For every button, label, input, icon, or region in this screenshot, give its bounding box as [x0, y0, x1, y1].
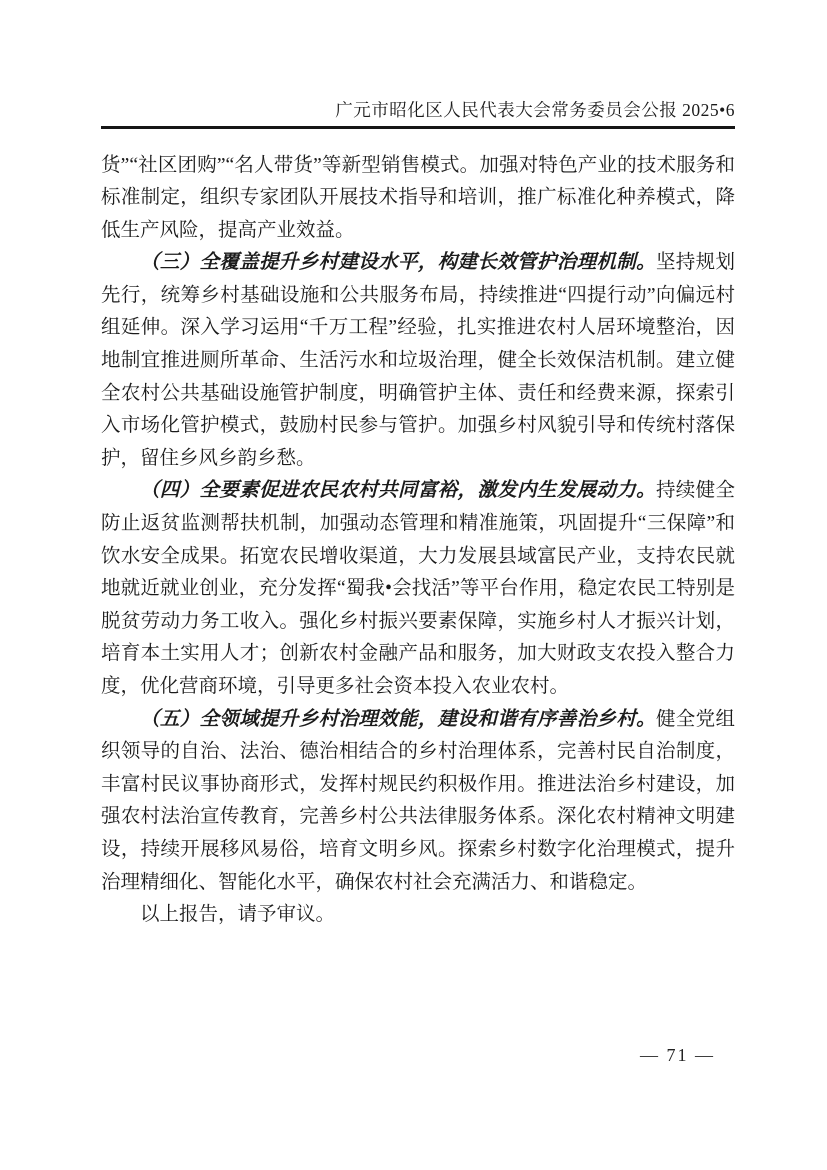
paragraph-lead: （三）全覆盖提升乡村建设水平，构建长效管护治理机制。: [140, 252, 656, 273]
paragraph-text: 持续健全防止返贫监测帮扶机制，加强动态管理和精准施策，巩固提升“三保障”和饮水安…: [101, 480, 735, 697]
paragraph-text: 货”“社区团购”“名人带货”等新型销售模式。加强对特色产业的技术服务和标准制定，…: [101, 155, 735, 241]
paragraph-text: 以上报告，请予审议。: [140, 904, 335, 925]
page-header: 广元市昭化区人民代表大会常务委员会公报 2025•6: [101, 99, 735, 129]
paragraph-closing: 以上报告，请予审议。: [101, 899, 735, 932]
header-rule: [101, 126, 735, 129]
paragraph-text: 健全党组织领导的自治、法治、德治相结合的乡村治理体系，完善村民自治制度，丰富村民…: [101, 709, 735, 893]
paragraph-text: 坚持规划先行，统筹乡村基础设施和公共服务布局，持续推进“四提行动”向偏远村组延伸…: [101, 252, 735, 469]
paragraph-section-5: （五）全领域提升乡村治理效能，建设和谐有序善治乡村。健全党组织领导的自治、法治、…: [101, 704, 735, 900]
paragraph-lead: （五）全领域提升乡村治理效能，建设和谐有序善治乡村。: [140, 709, 656, 730]
document-page: 广元市昭化区人民代表大会常务委员会公报 2025•6 货”“社区团购”“名人带货…: [101, 0, 735, 932]
paragraph-continuation: 货”“社区团购”“名人带货”等新型销售模式。加强对特色产业的技术服务和标准制定，…: [101, 150, 735, 248]
header-title: 广元市昭化区人民代表大会常务委员会公报 2025•6: [101, 99, 735, 121]
paragraph-lead: （四）全要素促进农民农村共同富裕，激发内生发展动力。: [140, 480, 656, 501]
paragraph-section-4: （四）全要素促进农民农村共同富裕，激发内生发展动力。持续健全防止返贫监测帮扶机制…: [101, 475, 735, 703]
page-number: — 71 —: [640, 1045, 715, 1066]
document-body: 货”“社区团购”“名人带货”等新型销售模式。加强对特色产业的技术服务和标准制定，…: [101, 150, 735, 932]
paragraph-section-3: （三）全覆盖提升乡村建设水平，构建长效管护治理机制。坚持规划先行，统筹乡村基础设…: [101, 247, 735, 475]
